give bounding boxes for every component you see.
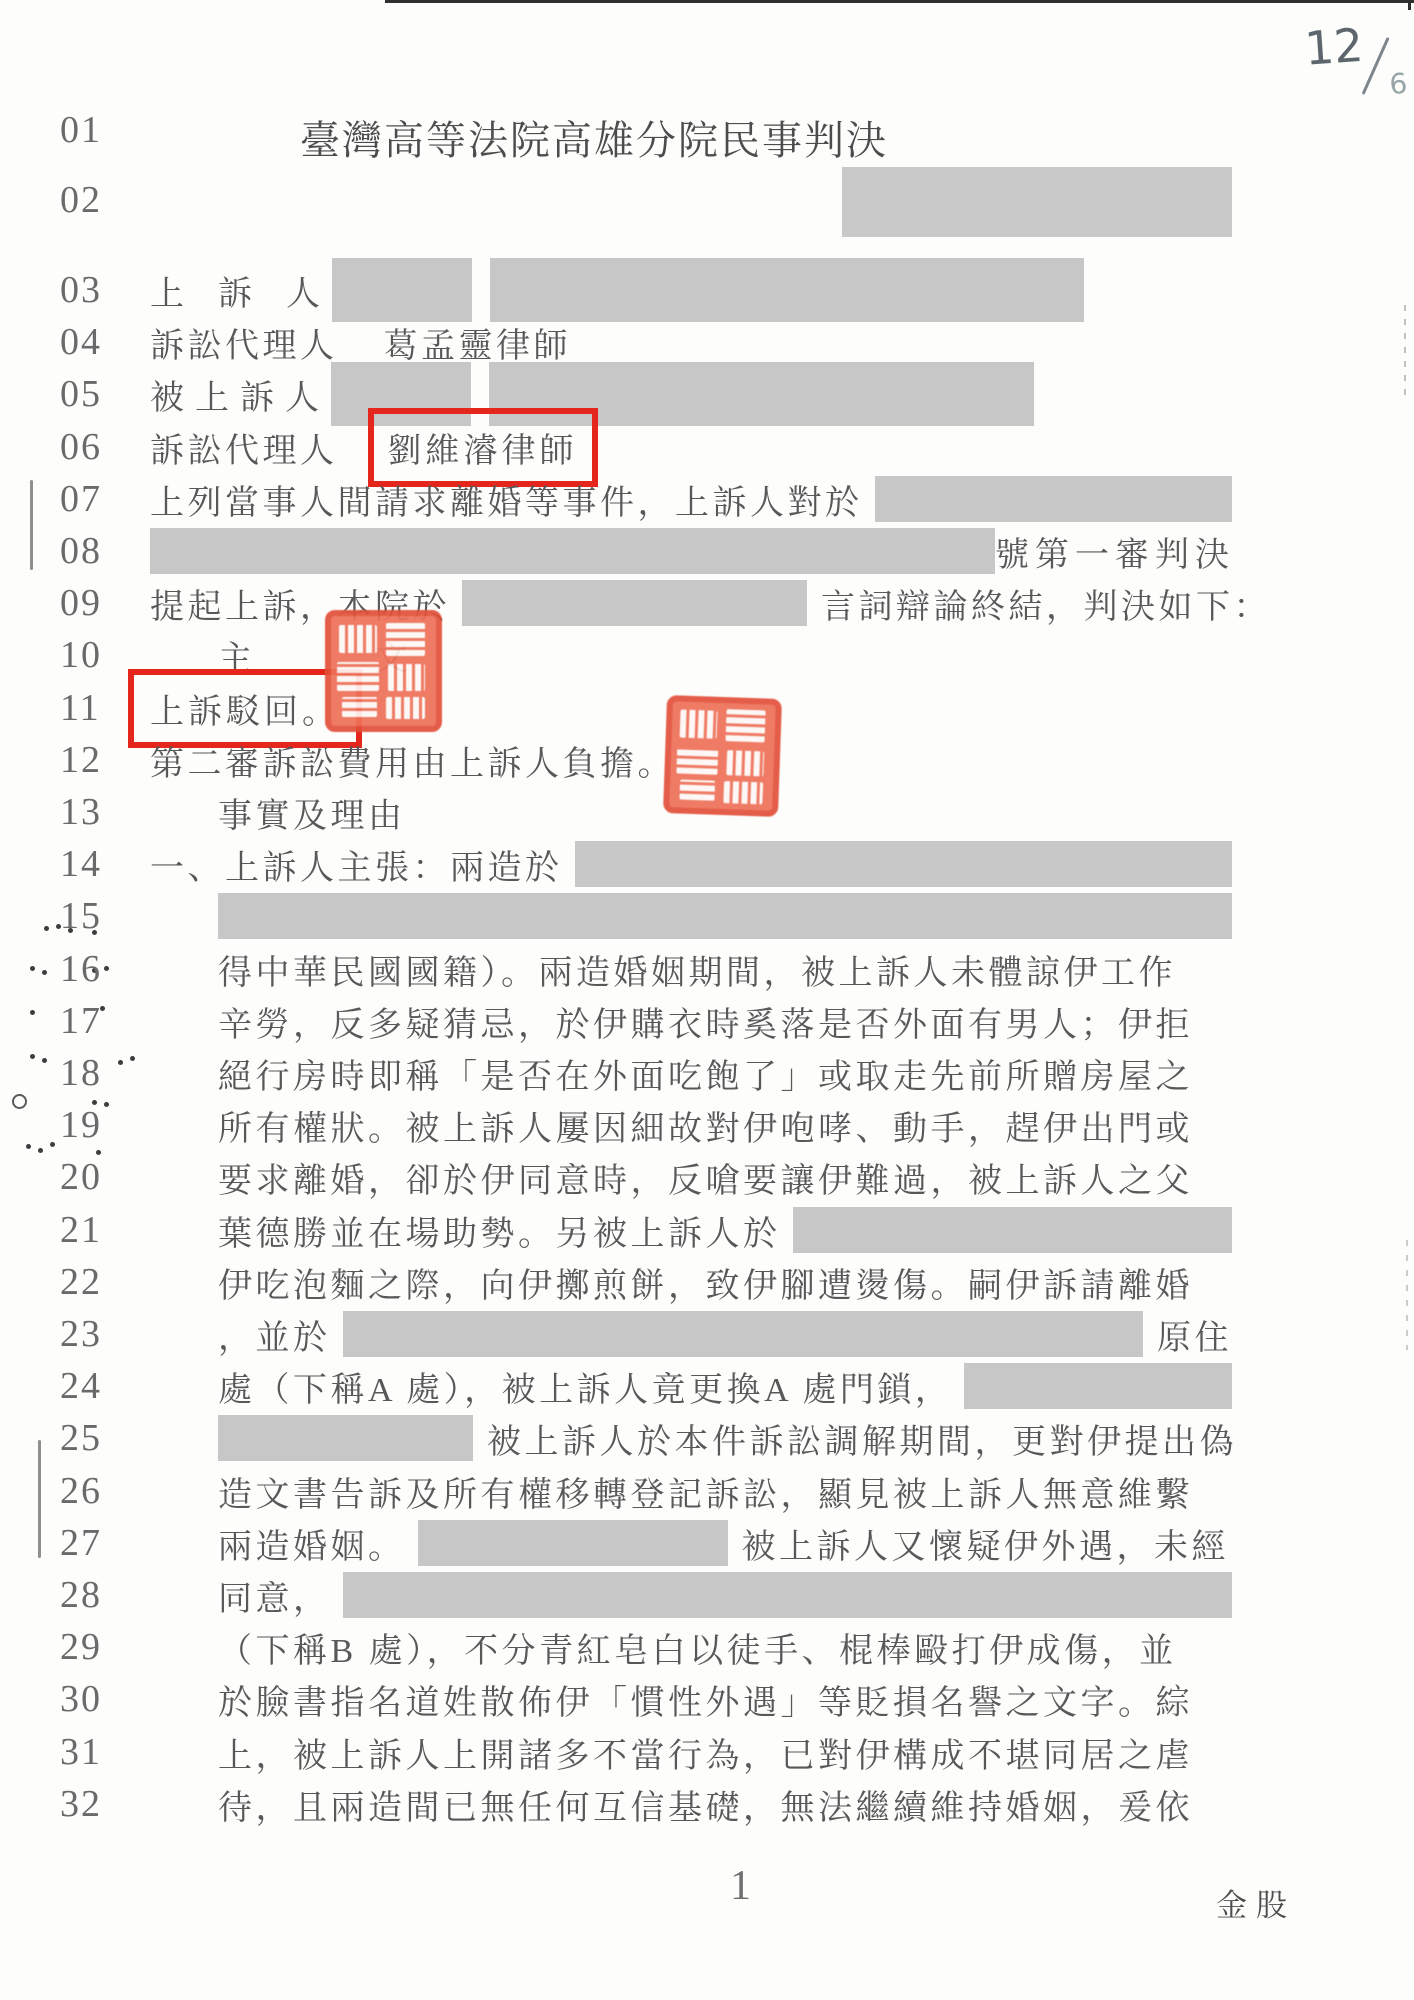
document-line-19: 19所有權狀。被上訴人屢因細故對伊咆哮、動手，趕伊出門或: [60, 1099, 1232, 1151]
line-number: 23: [60, 1312, 150, 1356]
line-text: 造文書告訴及所有權移轉登記訴訟，顯見被上訴人無意維繫: [218, 1467, 1193, 1516]
scan-dot-artifact: [30, 966, 35, 971]
document-line-28: 28同意，: [60, 1569, 1232, 1621]
line-number: 03: [60, 268, 150, 312]
line-number: 29: [60, 1625, 150, 1669]
line-number: 06: [60, 425, 150, 469]
handwritten-page-note: 12 6: [1296, 6, 1414, 124]
document-line-15: 15: [60, 890, 1232, 942]
document-line-02: 02: [60, 174, 1232, 226]
line-number: 12: [60, 738, 150, 782]
line-number: 01: [60, 108, 150, 152]
line-text: 待，且兩造間已無任何互信基礎，無法繼續維持婚姻，爰依: [218, 1780, 1193, 1829]
document-line-23: 23，並於原住: [60, 1308, 1232, 1360]
redaction-box: [462, 580, 807, 626]
scan-dot-artifact: [42, 1058, 47, 1063]
redaction-box: [218, 1415, 473, 1461]
line-text: 於臉書指名道姓散佈伊「慣性外遇」等貶損名譽之文字。綜: [218, 1675, 1193, 1724]
line-text: 所有權狀。被上訴人屢因細故對伊咆哮、動手，趕伊出門或: [218, 1101, 1193, 1150]
redaction-box: [575, 841, 1233, 887]
document-line-24: 24處（下稱A 處），被上訴人竟更換A 處門鎖，: [60, 1360, 1232, 1412]
seal-carved-stroke: [680, 780, 716, 800]
scan-edge-dashes: [1406, 1240, 1408, 1350]
redaction-box: [793, 1207, 1233, 1253]
scan-dot-artifact: [38, 1148, 43, 1153]
document-line-13: 13事實及理由: [60, 786, 1232, 838]
line-text: 上列當事人間請求離婚等事件，上訴人對於: [150, 475, 863, 524]
redaction-box: [875, 476, 1233, 522]
scan-dot-artifact: [42, 970, 47, 975]
redaction-box: [332, 258, 472, 322]
line-text: 訴訟代理人: [150, 318, 338, 367]
line-number: 20: [60, 1155, 150, 1199]
scan-staple-mark: [38, 1440, 41, 1558]
seal-carved-stroke: [386, 697, 426, 719]
line-text: 被上訴人又懷疑伊外遇，未經: [742, 1519, 1230, 1568]
redaction-box: [964, 1363, 1232, 1409]
line-number: 25: [60, 1416, 150, 1460]
redaction-box: [218, 893, 1232, 939]
red-seal-stamp: [325, 610, 442, 732]
document-line-27: 27兩造婚姻。被上訴人又懷疑伊外遇，未經: [60, 1517, 1232, 1569]
line-number: 30: [60, 1677, 150, 1721]
redaction-box: [343, 1572, 1233, 1618]
line-text: 辛勞，反多疑猜忌，於伊購衣時奚落是否外面有男人；伊拒: [218, 997, 1193, 1046]
line-text: 兩造婚姻。: [218, 1519, 406, 1568]
scan-dot-artifact: [30, 1010, 35, 1015]
redaction-box: [418, 1520, 728, 1566]
document-line-09: 09提起上訴，本院於言詞辯論終結，判決如下：: [60, 577, 1232, 629]
judgment-document-page: 12 6 01臺灣高等法院高雄分院民事判決0203上訴人04訴訟代理人葛孟靈律師…: [0, 0, 1414, 2000]
seal-carved-stroke: [388, 664, 426, 690]
line-text: 訴訟代理人: [150, 423, 338, 472]
document-line-03: 03上訴人: [60, 264, 1232, 316]
line-number: 17: [60, 999, 150, 1043]
line-number: 15: [60, 894, 150, 938]
scan-staple-mark: [30, 480, 33, 570]
redaction-box: [490, 258, 1084, 322]
line-number: 05: [60, 372, 150, 416]
page-number: 1: [730, 1862, 751, 1910]
line-number: 19: [60, 1103, 150, 1147]
document-line-01: 01臺灣高等法院高雄分院民事判決: [60, 104, 1232, 156]
document-line-17: 17辛勞，反多疑猜忌，於伊購衣時奚落是否外面有男人；伊拒: [60, 995, 1232, 1047]
document-title: 臺灣高等法院高雄分院民事判決: [300, 109, 888, 166]
line-text: 被上訴人於本件訴訟調解期間，更對伊提出偽: [487, 1414, 1237, 1463]
document-line-07: 07上列當事人間請求離婚等事件，上訴人對於: [60, 473, 1232, 525]
line-text: 言詞辯論終結，判決如下：: [821, 579, 1271, 628]
scan-dot-artifact: [30, 1054, 35, 1059]
seal-carved-stroke: [337, 662, 379, 691]
line-text: 葉德勝並在場助勢。另被上訴人於: [218, 1206, 781, 1255]
seal-carved-stroke: [677, 746, 719, 775]
line-number: 22: [60, 1260, 150, 1304]
scan-dot-artifact: [44, 926, 49, 931]
line-number: 13: [60, 790, 150, 834]
document-line-32: 32待，且兩造間已無任何互信基礎，無法繼續維持婚姻，爰依: [60, 1778, 1232, 1830]
line-text: 被上訴人: [150, 370, 330, 419]
document-line-22: 22伊吃泡麵之際，向伊擲煎餅，致伊腳遭燙傷。嗣伊訴請離婚: [60, 1256, 1232, 1308]
line-text: 一、上訴人主張：兩造於: [150, 840, 563, 889]
scan-dot-artifact: [50, 1142, 55, 1147]
spacer: [472, 290, 490, 291]
document-line-30: 30於臉書指名道姓散佈伊「慣性外遇」等貶損名譽之文字。綜: [60, 1673, 1232, 1725]
line-text: 號第一審判決: [995, 527, 1235, 576]
line-number: 09: [60, 581, 150, 625]
line-number: 02: [60, 178, 150, 222]
line-number: 31: [60, 1730, 150, 1774]
line-number: 14: [60, 842, 150, 886]
document-line-25: 25被上訴人於本件訴訟調解期間，更對伊提出偽: [60, 1412, 1232, 1464]
line-number: 04: [60, 320, 150, 364]
line-number: 28: [60, 1573, 150, 1617]
seal-carved-stroke: [342, 697, 378, 717]
line-text: 第二審訴訟費用由上訴人負擔。: [150, 736, 675, 785]
spacer: [471, 394, 489, 395]
handwritten-numerator: 12: [1303, 18, 1365, 76]
handwritten-slash: [1362, 37, 1390, 95]
document-line-31: 31上，被上訴人上開諸多不當行為，已對伊構成不堪同居之虐: [60, 1726, 1232, 1778]
document-line-18: 18絕行房時即稱「是否在外面吃飽了」或取走先前所贈房屋之: [60, 1047, 1232, 1099]
line-text: 上訴人: [150, 266, 354, 315]
scan-ring-artifact: [12, 1094, 27, 1109]
line-text: 伊吃泡麵之際，向伊擲煎餅，致伊腳遭燙傷。嗣伊訴請離婚: [218, 1258, 1193, 1307]
document-line-12: 12第二審訴訟費用由上訴人負擔。: [60, 734, 1232, 786]
line-number: 21: [60, 1208, 150, 1252]
seal-carved-stroke: [339, 625, 377, 654]
handwritten-denominator: 6: [1388, 67, 1408, 101]
line-number: 26: [60, 1469, 150, 1513]
scan-dot-artifact: [26, 1144, 31, 1149]
document-line-29: 29（下稱B 處），不分青紅皂白以徒手、棍棒毆打伊成傷，並: [60, 1621, 1232, 1673]
line-text: ，並於: [218, 1310, 331, 1359]
redaction-box: [842, 167, 1232, 237]
line-text: 原住: [1157, 1310, 1232, 1359]
line-number: 16: [60, 947, 150, 991]
line-number: 08: [60, 529, 150, 573]
line-text: 事實及理由: [218, 788, 406, 837]
seal-carved-stroke: [725, 709, 765, 742]
redaction-box: [150, 528, 995, 574]
line-text: 絕行房時即稱「是否在外面吃飽了」或取走先前所贈房屋之: [218, 1049, 1193, 1098]
line-text: 同意，: [218, 1571, 331, 1620]
document-line-08: 08號第一審判決: [60, 525, 1232, 577]
line-text: 葛孟靈律師: [384, 318, 572, 367]
line-number: 27: [60, 1521, 150, 1565]
document-line-26: 26造文書告訴及所有權移轉登記訴訟，顯見被上訴人無意維繫: [60, 1465, 1232, 1517]
scan-edge-dashes: [1404, 305, 1406, 400]
document-line-05: 05被上訴人: [60, 368, 1232, 420]
document-line-04: 04訴訟代理人葛孟靈律師: [60, 316, 1232, 368]
line-number: 32: [60, 1782, 150, 1826]
line-text: 處（下稱A 處），被上訴人竟更換A 處門鎖，: [218, 1362, 952, 1411]
document-line-06: 06訴訟代理人劉維濬律師: [60, 421, 1232, 473]
scan-edge-line: [385, 0, 1414, 3]
line-text: 得中華民國國籍）。兩造婚姻期間，被上訴人未體諒伊工作: [218, 945, 1176, 994]
line-number: 07: [60, 477, 150, 521]
document-line-11: 11上訴駁回。: [60, 682, 1232, 734]
court-division-label: 金股: [1216, 1880, 1296, 1925]
line-text: （下稱B 處），不分青紅皂白以徒手、棍棒毆打伊成傷，並: [218, 1623, 1177, 1672]
document-line-21: 21葉德勝並在場助勢。另被上訴人於: [60, 1204, 1232, 1256]
seal-carved-stroke: [680, 710, 718, 739]
document-line-14: 14一、上訴人主張：兩造於: [60, 838, 1232, 890]
line-text: 上，被上訴人上開諸多不當行為，已對伊構成不堪同居之虐: [218, 1728, 1193, 1777]
line-text: 要求離婚，卻於伊同意時，反嗆要讓伊難過，被上訴人之父: [218, 1153, 1193, 1202]
redaction-box: [343, 1311, 1144, 1357]
seal-carved-stroke: [386, 623, 426, 656]
document-line-20: 20要求離婚，卻於伊同意時，反嗆要讓伊難過，被上訴人之父: [60, 1151, 1232, 1203]
line-number: 24: [60, 1364, 150, 1408]
red-seal-stamp: [663, 695, 782, 817]
line-number: 18: [60, 1051, 150, 1095]
seal-carved-stroke: [723, 781, 763, 804]
document-line-16: 16得中華民國國籍）。兩造婚姻期間，被上訴人未體諒伊工作: [60, 943, 1232, 995]
seal-carved-stroke: [726, 750, 764, 777]
